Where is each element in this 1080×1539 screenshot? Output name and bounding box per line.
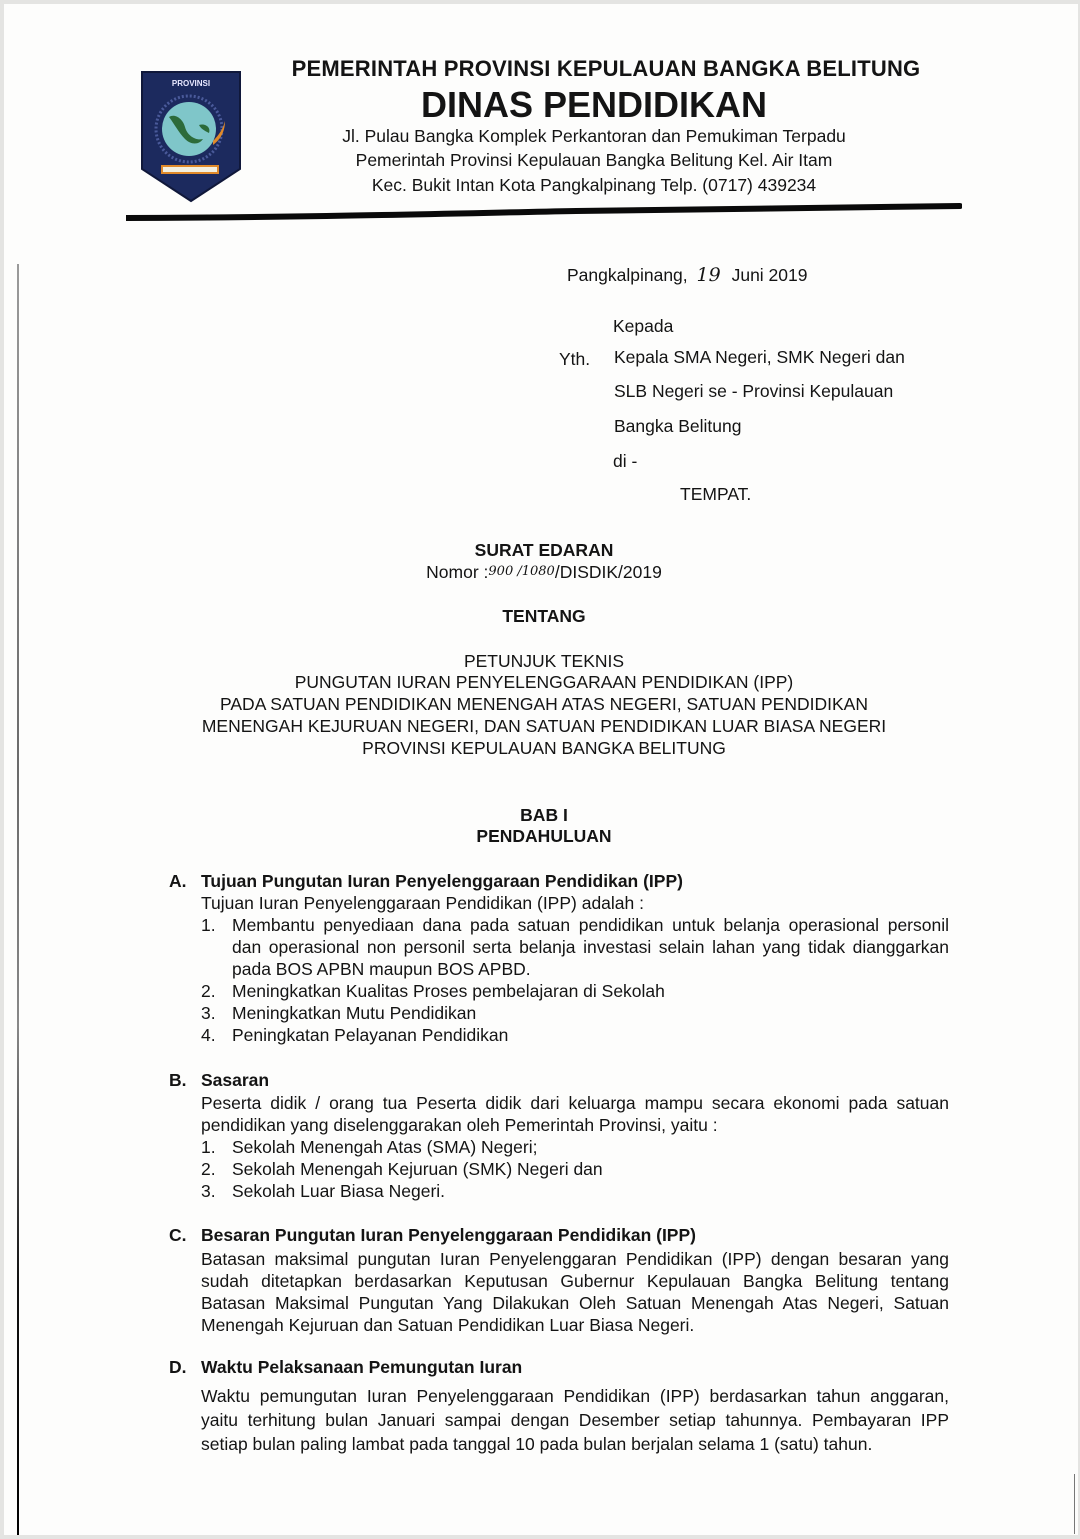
- section-a-label: A.: [169, 871, 201, 892]
- address-line-2: Pemerintah Provinsi Kepulauan Bangka Bel…: [244, 150, 944, 171]
- list-number: 1.: [201, 914, 216, 936]
- provincial-coat-of-arms-icon: PROVINSI: [139, 69, 243, 204]
- recipient-line-2: SLB Negeri se - Provinsi Kepulauan: [614, 381, 893, 402]
- list-text: Sekolah Luar Biasa Negeri.: [232, 1181, 445, 1201]
- section-d-title: Waktu Pelaksanaan Pemungutan Iuran: [201, 1357, 522, 1377]
- address-line-1: Jl. Pulau Bangka Komplek Perkantoran dan…: [244, 126, 944, 147]
- section-b-heading: B.Sasaran: [169, 1070, 269, 1091]
- recipient-yth: Yth.: [559, 349, 590, 370]
- list-item: 4.Peningkatan Pelayanan Pendidikan: [201, 1024, 949, 1046]
- subject-line-1: PETUNJUK TEKNIS: [4, 651, 1080, 672]
- list-item: 2.Meningkatkan Kualitas Proses pembelaja…: [201, 980, 949, 1002]
- list-item: 1.Membantu penyediaan dana pada satuan p…: [201, 914, 949, 980]
- letter-type: SURAT EDARAN: [4, 540, 1080, 561]
- chapter-title: PENDAHULUAN: [4, 826, 1080, 847]
- section-b-intro: Peserta didik / orang tua Peserta didik …: [201, 1092, 949, 1136]
- chapter-number: BAB I: [4, 805, 1080, 826]
- department-name: DINAS PENDIDIKAN: [244, 84, 944, 126]
- recipient-line-3: Bangka Belitung: [614, 416, 741, 437]
- section-a-title: Tujuan Pungutan Iuran Penyelenggaraan Pe…: [201, 871, 683, 891]
- section-d-label: D.: [169, 1357, 201, 1378]
- letter-number-handwritten: 900 /1080: [488, 564, 554, 579]
- list-number: 3.: [201, 1002, 216, 1024]
- section-d-heading: D.Waktu Pelaksanaan Pemungutan Iuran: [169, 1357, 522, 1378]
- address-line-3: Kec. Bukit Intan Kota Pangkalpinang Telp…: [244, 175, 944, 196]
- list-number: 2.: [201, 1158, 216, 1180]
- list-text: Membantu penyediaan dana pada satuan pen…: [232, 915, 949, 979]
- scan-edge-line-right: [1074, 1474, 1075, 1534]
- list-item: 3.Meningkatkan Mutu Pendidikan: [201, 1002, 949, 1024]
- recipient-tempat: TEMPAT.: [680, 484, 751, 505]
- list-text: Meningkatkan Kualitas Proses pembelajara…: [232, 981, 665, 1001]
- section-b-title: Sasaran: [201, 1070, 269, 1090]
- list-number: 2.: [201, 980, 216, 1002]
- list-item: 3.Sekolah Luar Biasa Negeri.: [201, 1180, 949, 1202]
- letterhead-divider: [126, 202, 962, 224]
- section-c-heading: C.Besaran Pungutan Iuran Penyelenggaraan…: [169, 1225, 696, 1246]
- subject-line-2: PUNGUTAN IURAN PENYELENGGARAAN PENDIDIKA…: [4, 672, 1080, 693]
- letter-about: TENTANG: [4, 606, 1080, 627]
- recipient-di: di -: [613, 451, 637, 472]
- recipient-line-1: Kepala SMA Negeri, SMK Negeri dan: [614, 347, 905, 368]
- section-c-body: Batasan maksimal pungutan Iuran Penyelen…: [201, 1248, 949, 1336]
- section-a-heading: A.Tujuan Pungutan Iuran Penyelenggaraan …: [169, 871, 683, 892]
- government-name: PEMERINTAH PROVINSI KEPULAUAN BANGKA BEL…: [266, 56, 946, 82]
- section-b-list: 1.Sekolah Menengah Atas (SMA) Negeri; 2.…: [201, 1136, 949, 1202]
- section-a-intro: Tujuan Iuran Penyelenggaraan Pendidikan …: [201, 892, 949, 914]
- section-c-title: Besaran Pungutan Iuran Penyelenggaraan P…: [201, 1225, 696, 1245]
- date-month-year: Juni 2019: [732, 265, 808, 285]
- list-text: Sekolah Menengah Atas (SMA) Negeri;: [232, 1137, 537, 1157]
- letter-number: Nomor :900 /1080/DISDIK/2019: [4, 562, 1080, 583]
- document-page: PROVINSI PEMERINTAH PROVINSI KEPULAUAN B…: [4, 4, 1078, 1535]
- scan-edge-line: [17, 264, 19, 1535]
- list-text: Peningkatan Pelayanan Pendidikan: [232, 1025, 508, 1045]
- list-number: 3.: [201, 1180, 216, 1202]
- letter-number-suffix: /DISDIK/2019: [555, 562, 662, 582]
- letter-number-label: Nomor :: [426, 562, 488, 582]
- section-d-body: Waktu pemungutan Iuran Penyelenggaraan P…: [201, 1384, 949, 1456]
- list-text: Meningkatkan Mutu Pendidikan: [232, 1003, 476, 1023]
- svg-text:PROVINSI: PROVINSI: [172, 79, 210, 88]
- subject-line-3: PADA SATUAN PENDIDIKAN MENENGAH ATAS NEG…: [4, 694, 1080, 715]
- date-place: Pangkalpinang,: [567, 265, 688, 285]
- date-line: Pangkalpinang, 19 Juni 2019: [567, 264, 808, 286]
- recipient-kepada: Kepada: [613, 316, 673, 337]
- list-item: 1.Sekolah Menengah Atas (SMA) Negeri;: [201, 1136, 949, 1158]
- list-item: 2.Sekolah Menengah Kejuruan (SMK) Negeri…: [201, 1158, 949, 1180]
- list-number: 4.: [201, 1024, 216, 1046]
- date-day-handwritten: 19: [697, 264, 721, 286]
- subject-line-5: PROVINSI KEPULAUAN BANGKA BELITUNG: [4, 738, 1080, 759]
- list-number: 1.: [201, 1136, 216, 1158]
- subject-line-4: MENENGAH KEJURUAN NEGERI, DAN SATUAN PEN…: [4, 716, 1080, 737]
- section-b-label: B.: [169, 1070, 201, 1091]
- section-c-label: C.: [169, 1225, 201, 1246]
- section-a-list: 1.Membantu penyediaan dana pada satuan p…: [201, 914, 949, 1046]
- list-text: Sekolah Menengah Kejuruan (SMK) Negeri d…: [232, 1159, 603, 1179]
